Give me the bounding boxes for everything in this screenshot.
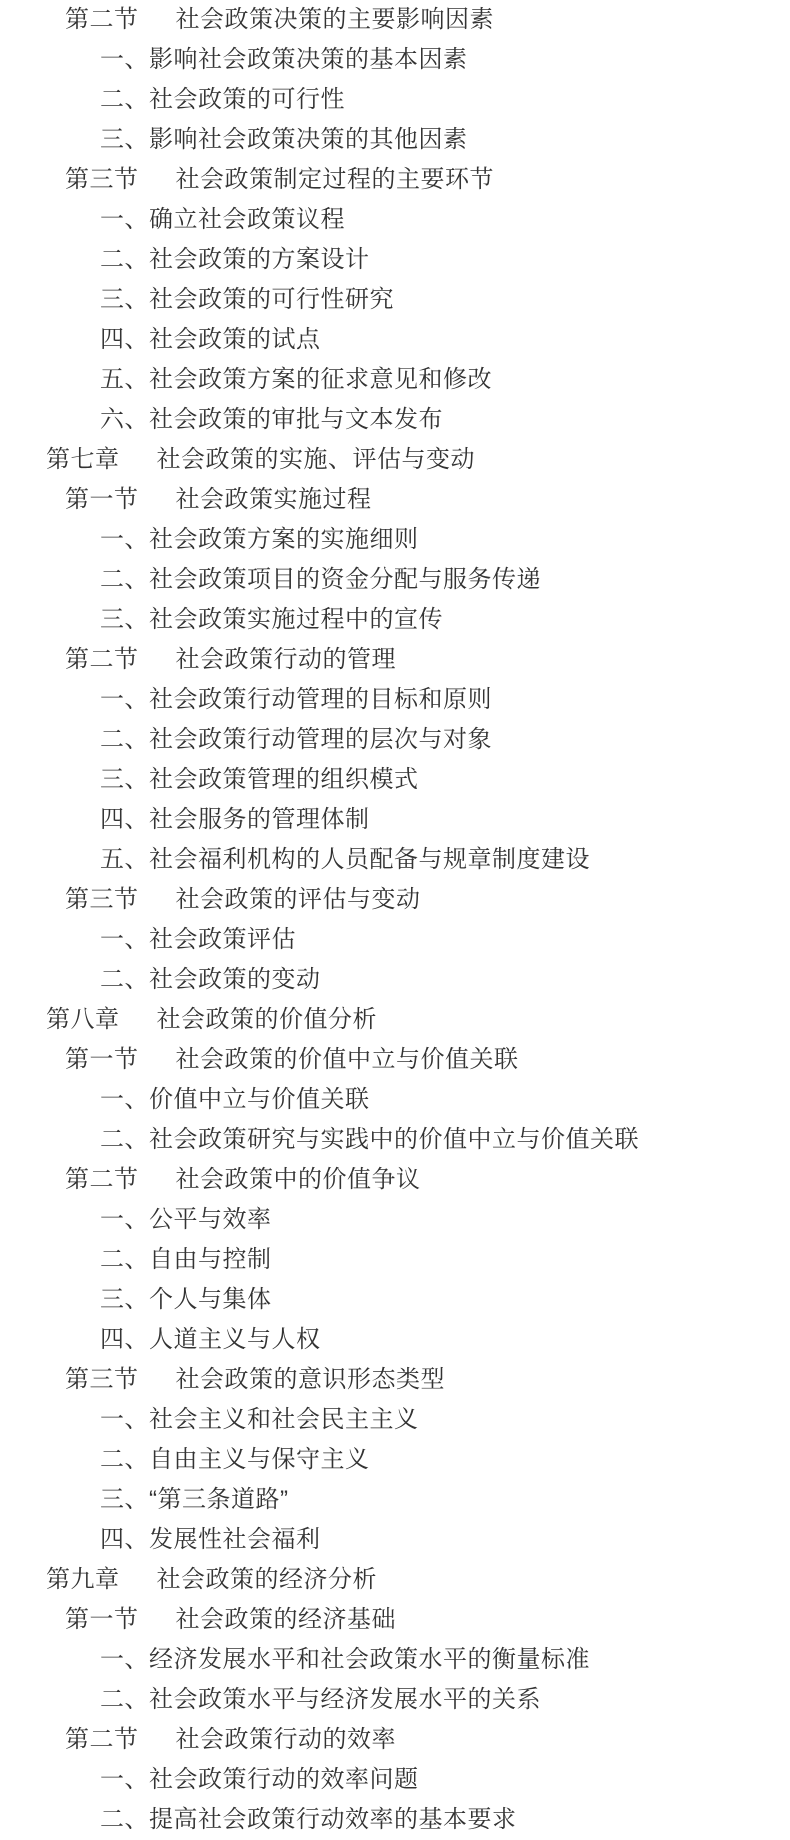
toc-item-sub: 三、社会政策管理的组织模式: [0, 760, 790, 800]
toc-item-sub: 二、社会政策研究与实践中的价值中立与价值关联: [0, 1120, 790, 1160]
toc-item-number: 第二节: [65, 646, 139, 673]
toc-item-title: 经济发展水平和社会政策水平的衡量标准: [149, 1646, 590, 1673]
toc-item-title: 自由主义与保守主义: [149, 1446, 370, 1473]
toc-item-title: 提高社会政策行动效率的基本要求: [149, 1806, 517, 1833]
toc-item-number: 第八章: [46, 1006, 120, 1033]
toc-item-title: 社会政策实施过程中的宣传: [149, 606, 443, 633]
toc-item-sub: 一、公平与效率: [0, 1200, 790, 1240]
toc-item-number: 一、: [100, 1646, 149, 1673]
toc-item-sub: 一、社会政策行动管理的目标和原则: [0, 680, 790, 720]
toc-item-number: 二、: [100, 1806, 149, 1833]
toc-item-number: 一、: [100, 1206, 149, 1233]
toc-item-section: 第二节社会政策行动的效率: [0, 1720, 790, 1760]
toc-item-number: 二、: [100, 1686, 149, 1713]
toc-item-sub: 四、社会服务的管理体制: [0, 800, 790, 840]
toc-item-section: 第三节社会政策的评估与变动: [0, 880, 790, 920]
toc-item-number: 二、: [100, 1246, 149, 1273]
toc-item-title: 社会政策制定过程的主要环节: [176, 166, 495, 193]
toc-item-sub: 三、影响社会政策决策的其他因素: [0, 120, 790, 160]
toc-item-title: 社会政策的变动: [149, 966, 321, 993]
toc-item-sub: 三、个人与集体: [0, 1280, 790, 1320]
toc-item-number: 第七章: [46, 446, 120, 473]
toc-item-number: 二、: [100, 726, 149, 753]
toc-item-title: 社会政策行动管理的目标和原则: [149, 686, 492, 713]
toc-item-number: 三、: [100, 1286, 149, 1313]
toc-item-number: 三、: [100, 766, 149, 793]
toc-item-number: 一、: [100, 46, 149, 73]
toc-item-title: 社会政策的经济基础: [176, 1606, 397, 1633]
toc-item-section: 第三节社会政策的意识形态类型: [0, 1360, 790, 1400]
toc-item-title: 社会政策管理的组织模式: [149, 766, 419, 793]
toc-item-number: 第一节: [65, 1046, 139, 1073]
toc-item-number: 二、: [100, 1446, 149, 1473]
toc-item-number: 一、: [100, 1406, 149, 1433]
toc-item-title: 发展性社会福利: [149, 1526, 321, 1553]
toc-item-chapter: 第九章社会政策的经济分析: [0, 1560, 790, 1600]
toc-item-sub: 三、社会政策实施过程中的宣传: [0, 600, 790, 640]
toc-item-number: 四、: [100, 326, 149, 353]
toc-item-title: 影响社会政策决策的其他因素: [149, 126, 468, 153]
toc-item-title: 社会政策评估: [149, 926, 296, 953]
toc-item-section: 第三节社会政策制定过程的主要环节: [0, 160, 790, 200]
toc-item-title: 确立社会政策议程: [149, 206, 345, 233]
toc-item-title: 自由与控制: [149, 1246, 272, 1273]
toc-item-section: 第二节社会政策行动的管理: [0, 640, 790, 680]
toc-item-number: 一、: [100, 526, 149, 553]
toc-item-sub: 五、社会政策方案的征求意见和修改: [0, 360, 790, 400]
toc-item-title: 社会政策的试点: [149, 326, 321, 353]
toc-item-number: 三、: [100, 1486, 149, 1513]
toc-item-title: 社会政策方案的实施细则: [149, 526, 419, 553]
toc-item-sub: 二、社会政策水平与经济发展水平的关系: [0, 1680, 790, 1720]
toc-item-title: 社会服务的管理体制: [149, 806, 370, 833]
toc-item-title: 社会政策的意识形态类型: [176, 1366, 446, 1393]
toc-item-section: 第一节社会政策的价值中立与价值关联: [0, 1040, 790, 1080]
toc-item-chapter: 第八章社会政策的价值分析: [0, 1000, 790, 1040]
toc-item-number: 二、: [100, 1126, 149, 1153]
toc-item-title: 社会政策实施过程: [176, 486, 372, 513]
toc-item-number: 一、: [100, 686, 149, 713]
toc-item-number: 一、: [100, 1766, 149, 1793]
toc-list: 第二节社会政策决策的主要影响因素一、影响社会政策决策的基本因素二、社会政策的可行…: [0, 0, 790, 1840]
toc-item-number: 二、: [100, 86, 149, 113]
toc-item-sub: 二、社会政策的可行性: [0, 80, 790, 120]
toc-item-sub: 四、社会政策的试点: [0, 320, 790, 360]
toc-item-sub: 二、社会政策的方案设计: [0, 240, 790, 280]
toc-item-sub: 一、社会主义和社会民主主义: [0, 1400, 790, 1440]
toc-item-title: 社会政策行动的效率: [176, 1726, 397, 1753]
toc-item-sub: 四、发展性社会福利: [0, 1520, 790, 1560]
toc-item-title: 社会政策行动的管理: [176, 646, 397, 673]
toc-item-title: 价值中立与价值关联: [149, 1086, 370, 1113]
toc-item-sub: 三、社会政策的可行性研究: [0, 280, 790, 320]
toc-item-title: 社会政策的评估与变动: [176, 886, 421, 913]
toc-item-sub: 二、社会政策行动管理的层次与对象: [0, 720, 790, 760]
toc-item-sub: 三、“第三条道路”: [0, 1480, 790, 1520]
toc-item-title: 社会政策的价值分析: [157, 1006, 378, 1033]
toc-item-title: 个人与集体: [149, 1286, 272, 1313]
toc-item-number: 六、: [100, 406, 149, 433]
toc-item-number: 第三节: [65, 1366, 139, 1393]
toc-item-title: 公平与效率: [149, 1206, 272, 1233]
toc-item-number: 第九章: [46, 1566, 120, 1593]
toc-item-number: 二、: [100, 966, 149, 993]
toc-item-title: 社会政策的价值中立与价值关联: [176, 1046, 519, 1073]
toc-item-sub: 一、价值中立与价值关联: [0, 1080, 790, 1120]
toc-page: 第二节社会政策决策的主要影响因素一、影响社会政策决策的基本因素二、社会政策的可行…: [0, 0, 790, 1840]
toc-item-sub: 六、社会政策的审批与文本发布: [0, 400, 790, 440]
toc-item-number: 二、: [100, 566, 149, 593]
toc-item-title: 社会政策方案的征求意见和修改: [149, 366, 492, 393]
toc-item-title: 社会福利机构的人员配备与规章制度建设: [149, 846, 590, 873]
toc-item-number: 第一节: [65, 486, 139, 513]
toc-item-number: 三、: [100, 126, 149, 153]
toc-item-sub: 二、自由主义与保守主义: [0, 1440, 790, 1480]
toc-item-number: 第三节: [65, 166, 139, 193]
toc-item-title: 社会政策的方案设计: [149, 246, 370, 273]
toc-item-title: 社会政策行动管理的层次与对象: [149, 726, 492, 753]
toc-item-number: 五、: [100, 846, 149, 873]
toc-item-title: 社会政策项目的资金分配与服务传递: [149, 566, 541, 593]
toc-item-sub: 二、提高社会政策行动效率的基本要求: [0, 1800, 790, 1840]
toc-item-sub: 四、人道主义与人权: [0, 1320, 790, 1360]
toc-item-sub: 一、社会政策评估: [0, 920, 790, 960]
toc-item-title: 社会政策的实施、评估与变动: [157, 446, 476, 473]
toc-item-title: 社会政策中的价值争议: [176, 1166, 421, 1193]
toc-item-number: 三、: [100, 286, 149, 313]
toc-item-sub: 一、社会政策方案的实施细则: [0, 520, 790, 560]
toc-item-number: 三、: [100, 606, 149, 633]
toc-item-section: 第一节社会政策的经济基础: [0, 1600, 790, 1640]
toc-item-number: 一、: [100, 206, 149, 233]
toc-item-number: 四、: [100, 1526, 149, 1553]
toc-item-number: 第一节: [65, 1606, 139, 1633]
toc-item-title: “第三条道路”: [149, 1486, 288, 1513]
toc-item-sub: 一、影响社会政策决策的基本因素: [0, 40, 790, 80]
toc-item-title: 社会政策决策的主要影响因素: [176, 6, 495, 33]
toc-item-sub: 二、自由与控制: [0, 1240, 790, 1280]
toc-item-section: 第二节社会政策中的价值争议: [0, 1160, 790, 1200]
toc-item-sub: 二、社会政策项目的资金分配与服务传递: [0, 560, 790, 600]
toc-item-sub: 二、社会政策的变动: [0, 960, 790, 1000]
toc-item-number: 第二节: [65, 1166, 139, 1193]
toc-item-chapter: 第七章社会政策的实施、评估与变动: [0, 440, 790, 480]
toc-item-number: 二、: [100, 246, 149, 273]
toc-item-number: 一、: [100, 926, 149, 953]
toc-item-number: 第二节: [65, 6, 139, 33]
toc-item-section: 第一节社会政策实施过程: [0, 480, 790, 520]
toc-item-title: 影响社会政策决策的基本因素: [149, 46, 468, 73]
toc-item-title: 社会政策研究与实践中的价值中立与价值关联: [149, 1126, 639, 1153]
toc-item-number: 一、: [100, 1086, 149, 1113]
toc-item-title: 社会政策水平与经济发展水平的关系: [149, 1686, 541, 1713]
toc-item-sub: 一、社会政策行动的效率问题: [0, 1760, 790, 1800]
toc-item-sub: 五、社会福利机构的人员配备与规章制度建设: [0, 840, 790, 880]
toc-item-number: 五、: [100, 366, 149, 393]
toc-item-sub: 一、确立社会政策议程: [0, 200, 790, 240]
toc-item-number: 第二节: [65, 1726, 139, 1753]
toc-item-number: 四、: [100, 1326, 149, 1353]
toc-item-title: 社会政策的经济分析: [157, 1566, 378, 1593]
toc-item-number: 四、: [100, 806, 149, 833]
toc-item-title: 人道主义与人权: [149, 1326, 321, 1353]
toc-item-title: 社会主义和社会民主主义: [149, 1406, 419, 1433]
toc-item-section: 第二节社会政策决策的主要影响因素: [0, 0, 790, 40]
toc-item-title: 社会政策的可行性: [149, 86, 345, 113]
toc-item-sub: 一、经济发展水平和社会政策水平的衡量标准: [0, 1640, 790, 1680]
toc-item-title: 社会政策的审批与文本发布: [149, 406, 443, 433]
toc-item-title: 社会政策行动的效率问题: [149, 1766, 419, 1793]
toc-item-number: 第三节: [65, 886, 139, 913]
toc-item-title: 社会政策的可行性研究: [149, 286, 394, 313]
